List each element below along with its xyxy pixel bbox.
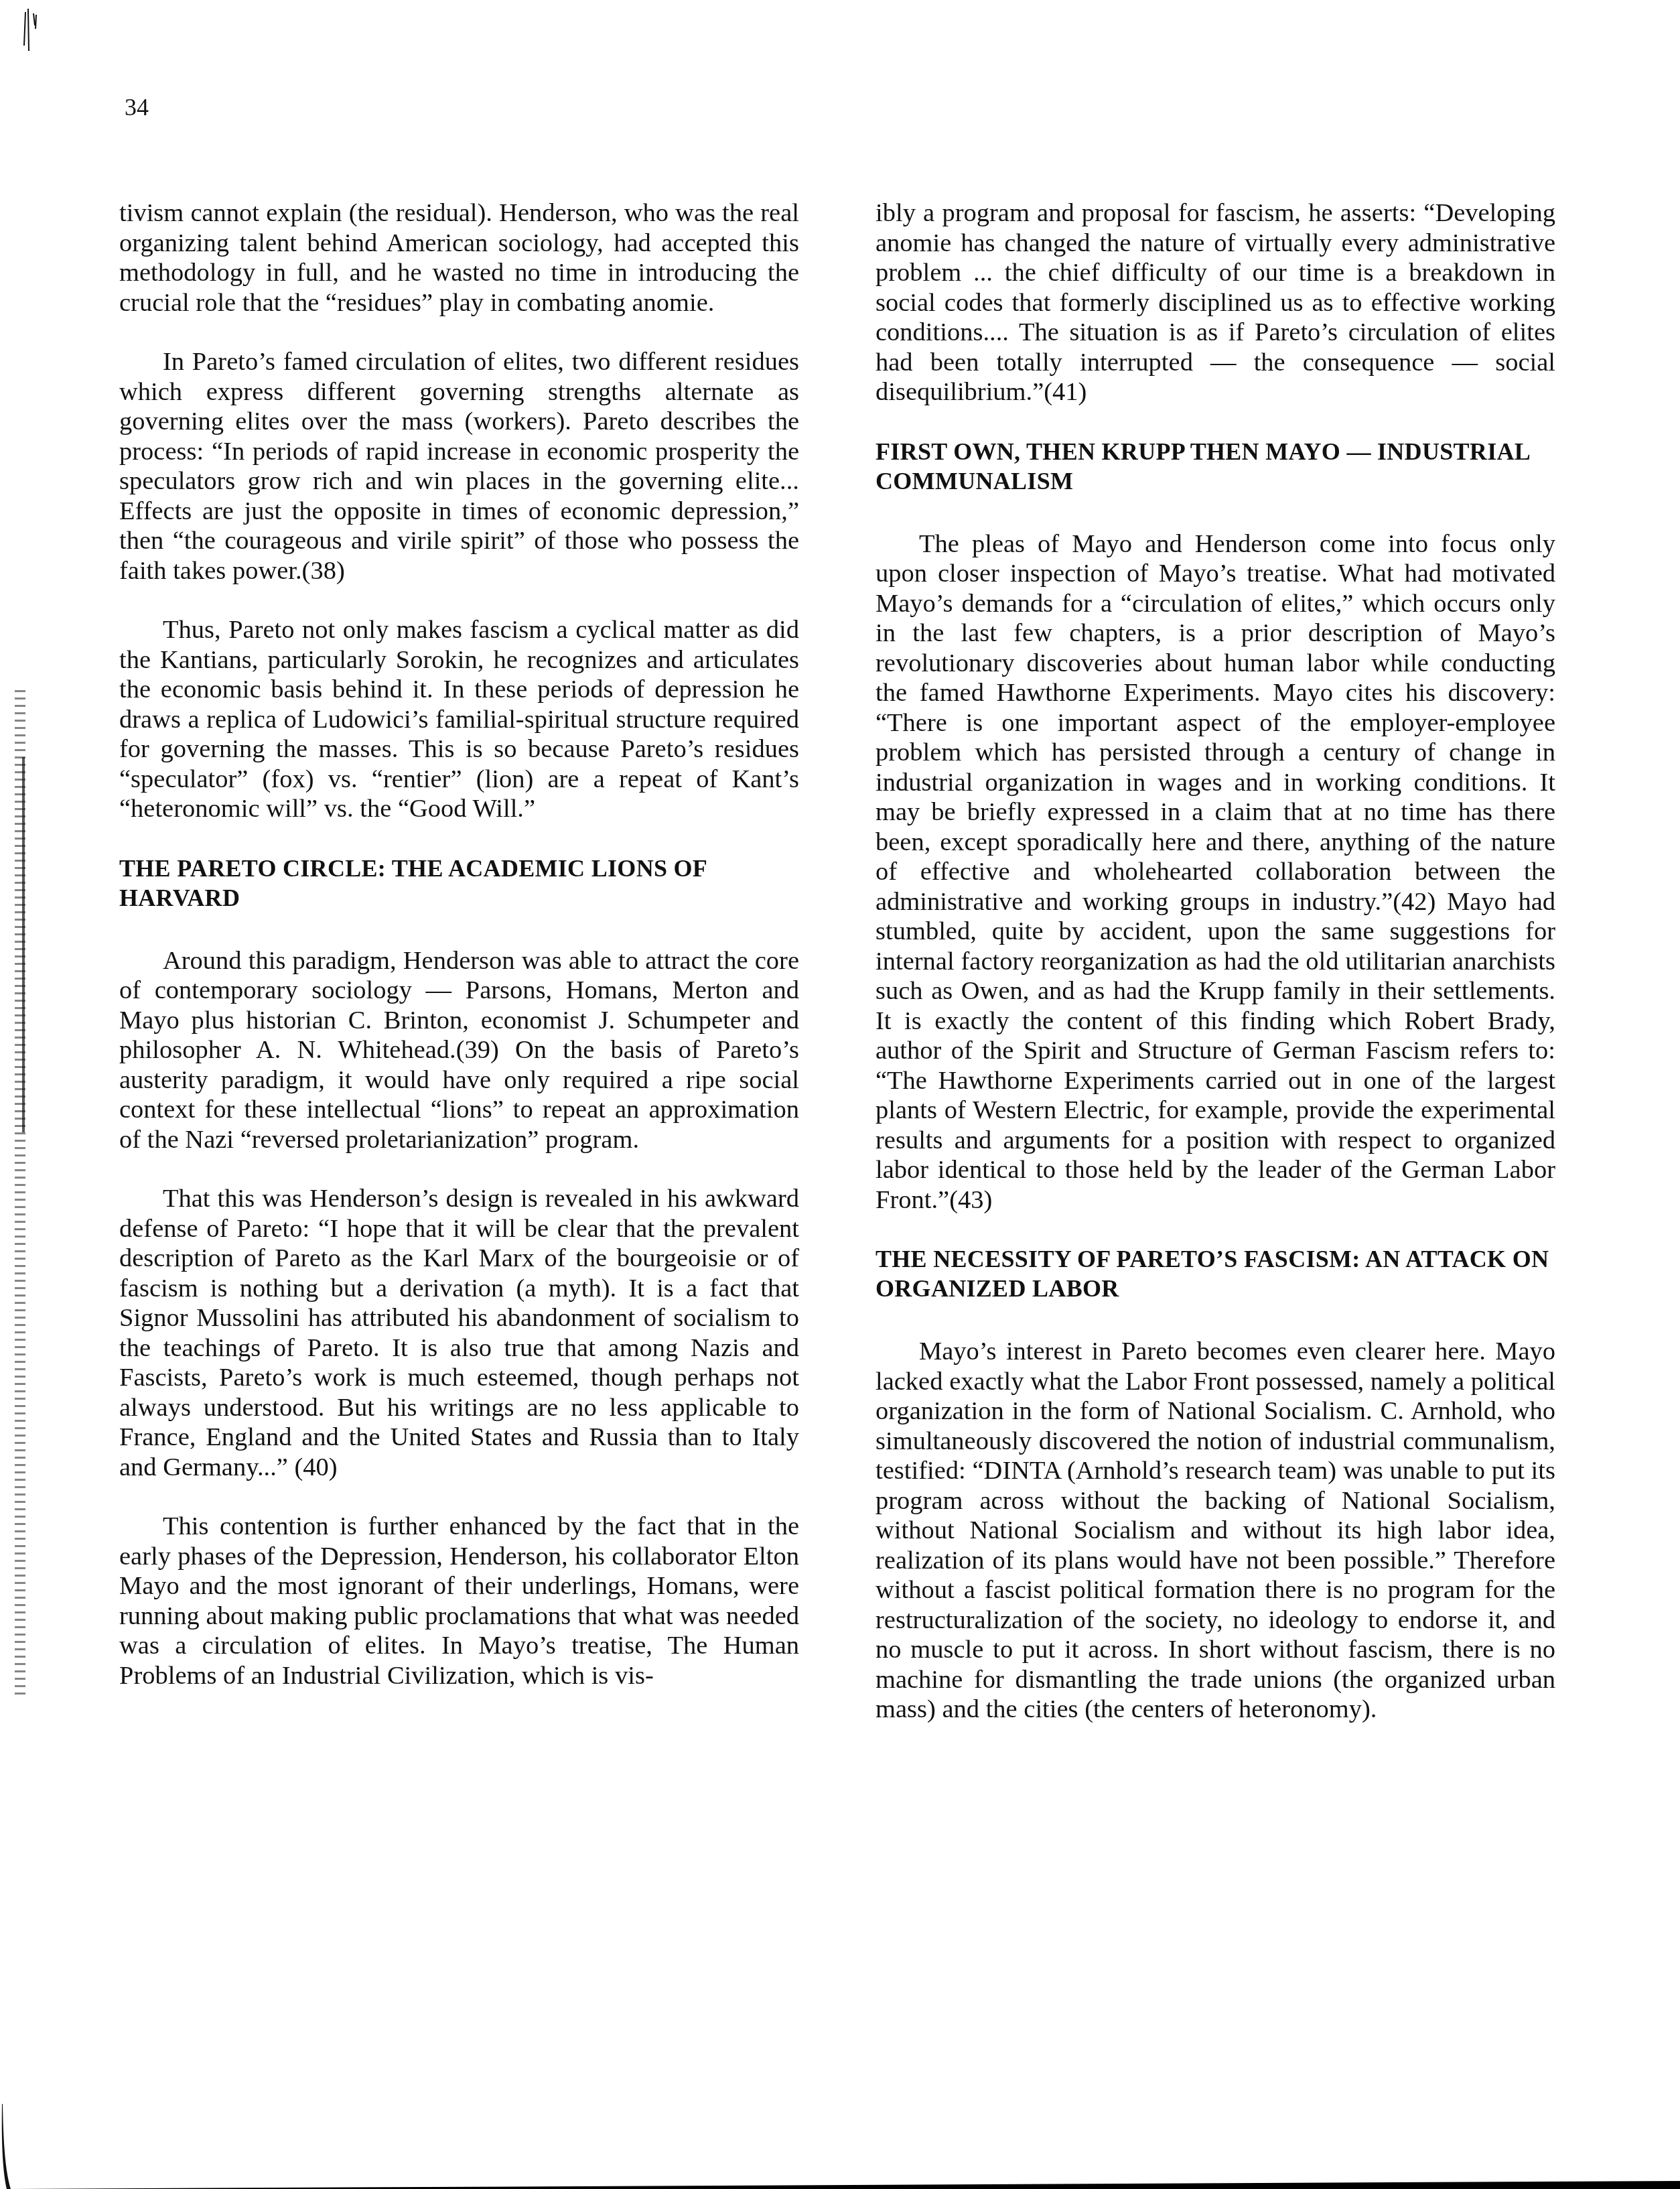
section-heading: THE NECESSITY OF PARETO’S FASCISM: AN AT… xyxy=(876,1244,1555,1303)
page-number: 34 xyxy=(125,94,149,121)
paragraph: Mayo’s interest in Pareto becomes even c… xyxy=(876,1337,1555,1725)
paragraph: Thus, Pareto not only makes fascism a cy… xyxy=(119,615,799,824)
left-column: tivism cannot explain (the residual). He… xyxy=(119,198,799,1690)
paragraph: tivism cannot explain (the residual). He… xyxy=(119,198,799,318)
section-heading: THE PARETO CIRCLE: THE ACADEMIC LIONS OF… xyxy=(119,854,799,913)
paragraph: In Pareto’s famed circulation of elites,… xyxy=(119,347,799,586)
right-column: ibly a program and proposal for fascism,… xyxy=(876,198,1555,1725)
section-heading: FIRST OWN, THEN KRUPP THEN MAYO — INDUST… xyxy=(876,437,1555,496)
paragraph: That this was Henderson’s design is reve… xyxy=(119,1184,799,1482)
paragraph: The pleas of Mayo and Henderson come int… xyxy=(876,529,1555,1215)
scan-artifact-edge-line xyxy=(22,757,25,1132)
paragraph: Around this paradigm, Henderson was able… xyxy=(119,946,799,1155)
scan-artifact-bottom-edge xyxy=(9,2181,1680,2189)
scan-artifact-mark xyxy=(20,5,47,52)
paragraph: This contention is further enhanced by t… xyxy=(119,1512,799,1690)
scan-artifact-corner xyxy=(0,2104,20,2189)
paragraph: ibly a program and proposal for fascism,… xyxy=(876,198,1555,407)
